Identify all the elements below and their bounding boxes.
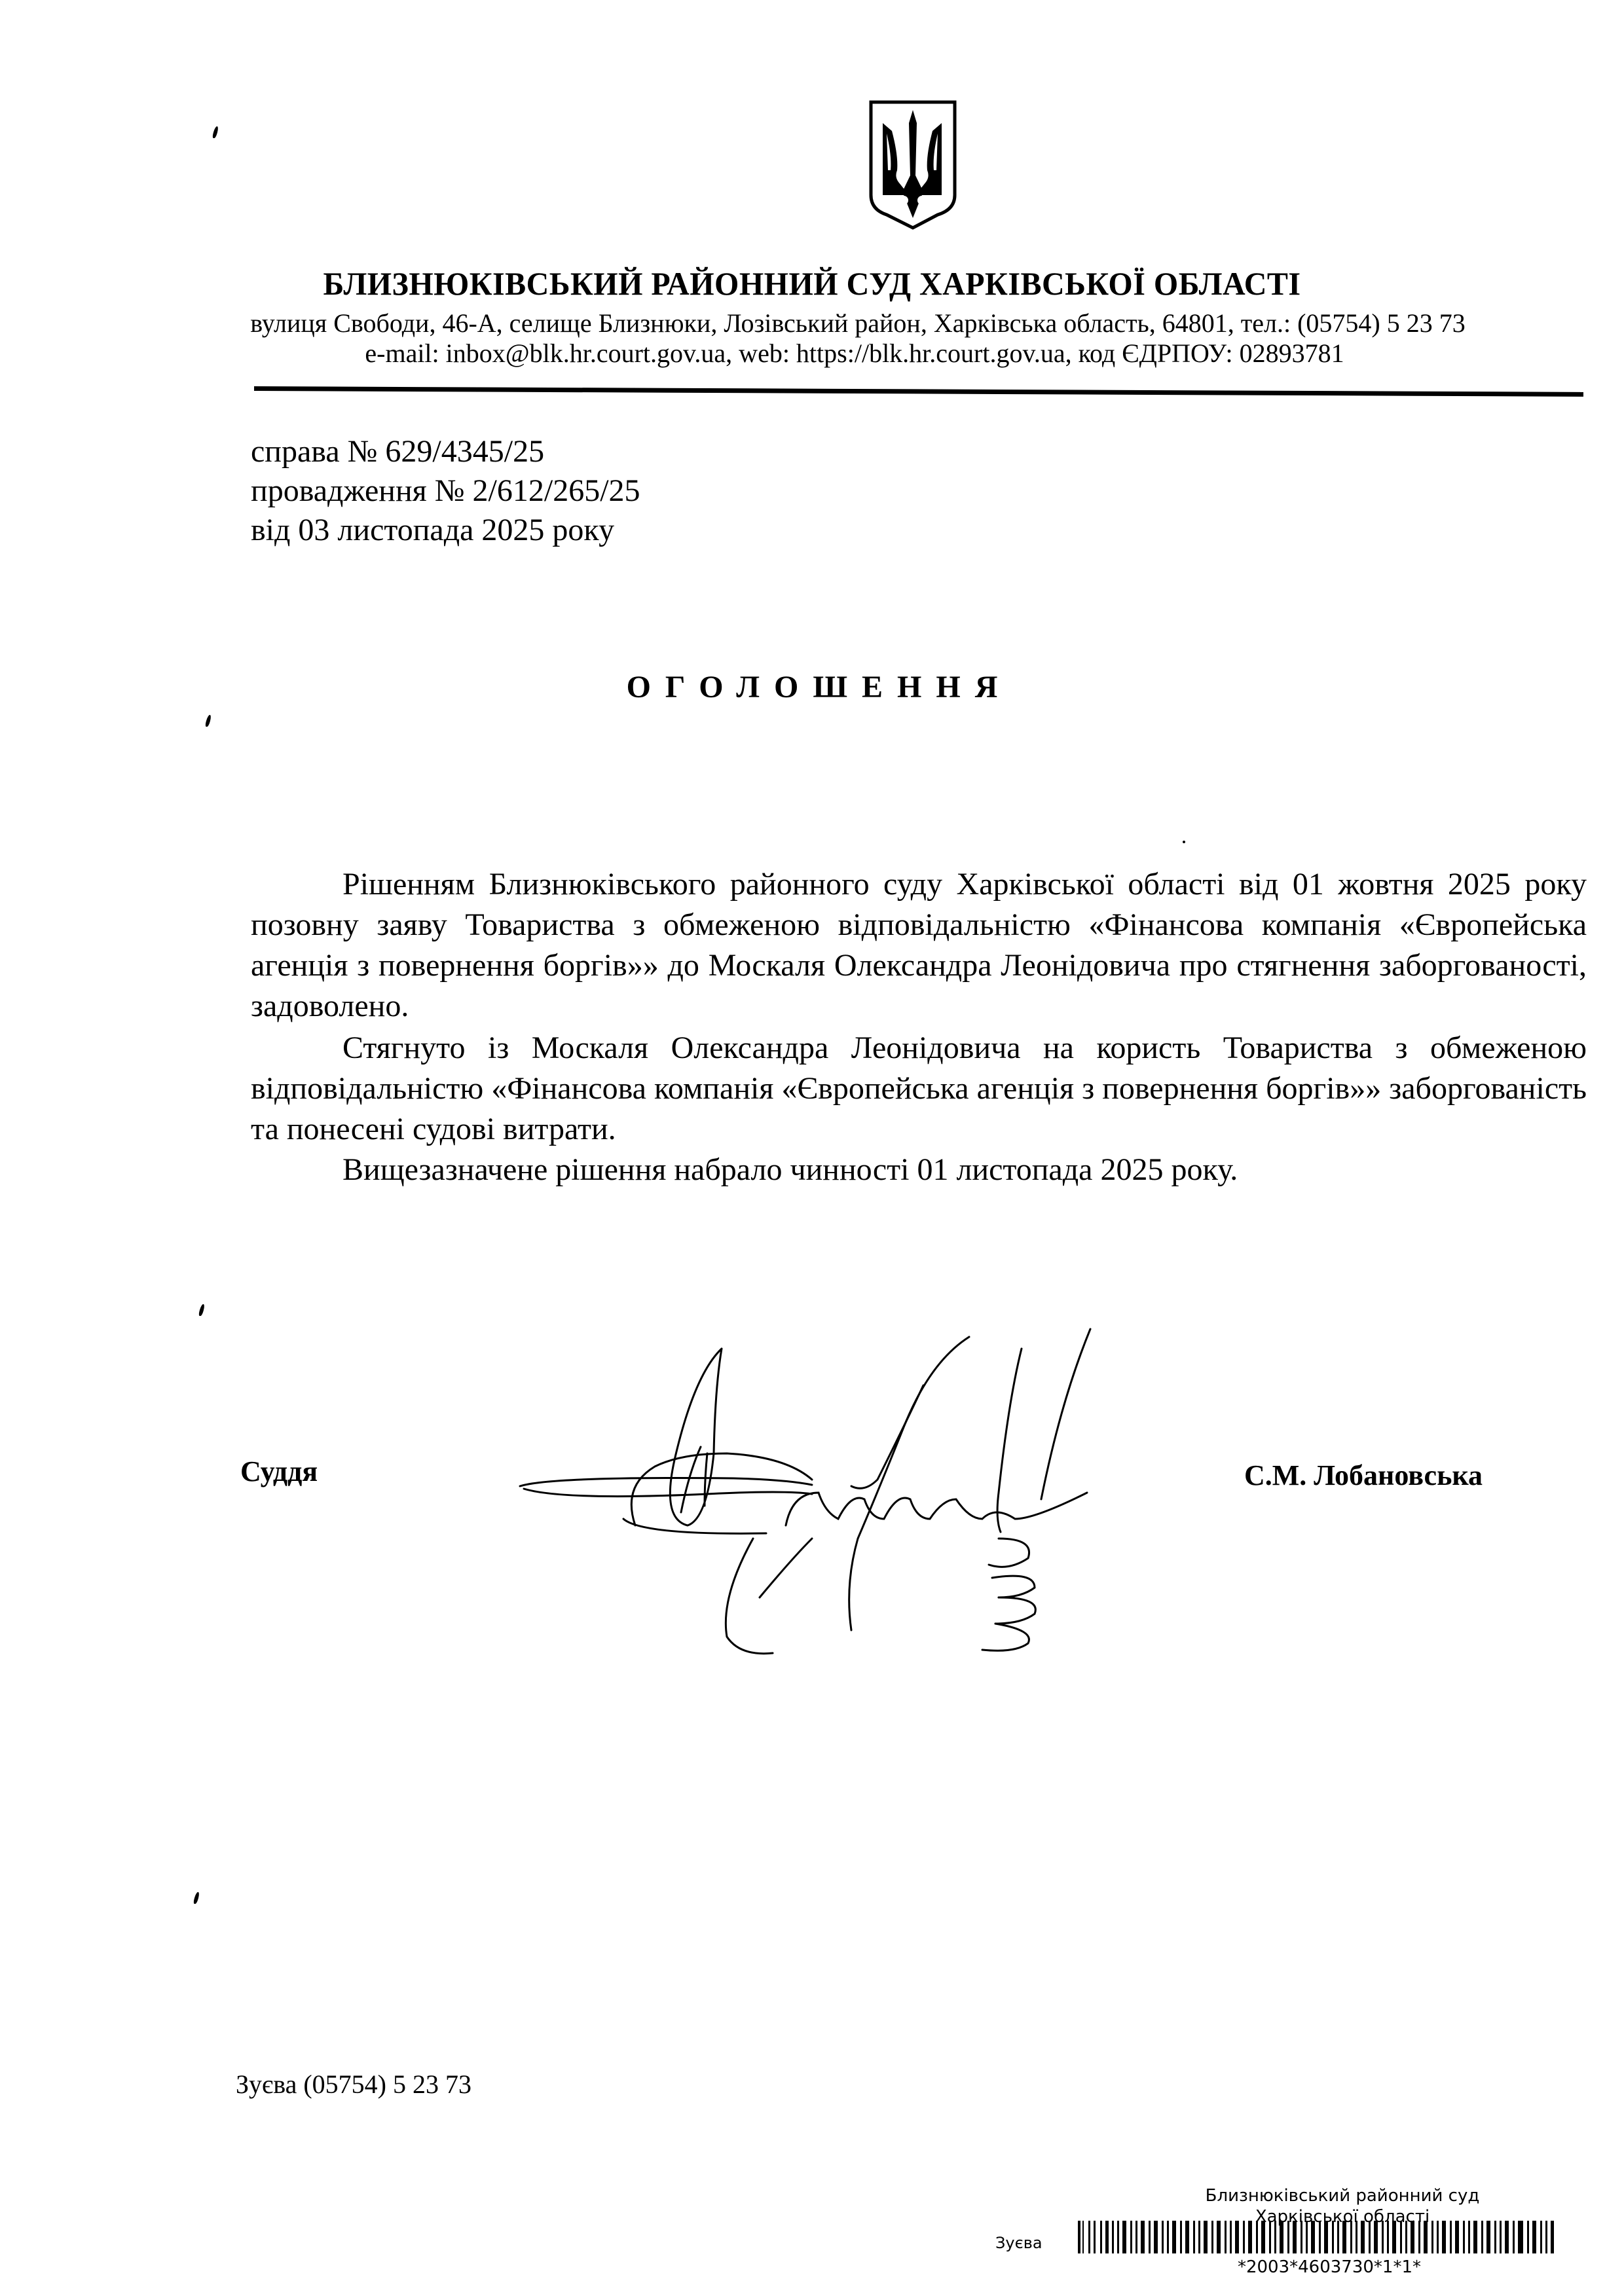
court-name: БЛИЗНЮКІВСЬКИЙ РАЙОННИЙ СУД ХАРКІВСЬКОЇ … xyxy=(33,264,1592,302)
coat-of-arms-icon xyxy=(866,97,959,232)
barcode-icon xyxy=(1078,2221,1556,2253)
executor-contact: Зуєва (05754) 5 23 73 xyxy=(236,2069,471,2100)
handwritten-signature-icon xyxy=(511,1322,1100,1663)
document-date: від 03 листопада 2025 року xyxy=(251,511,640,550)
court-address: вулиця Свободи, 46-А, селище Близнюки, Л… xyxy=(0,308,1624,338)
margin-mark xyxy=(198,1304,206,1316)
paragraph-text: Рішенням Близнюківського районного суду … xyxy=(251,864,1587,1027)
notice-title: ОГОЛОШЕННЯ xyxy=(0,669,1624,705)
body-paragraph-1: Рішенням Близнюківського районного суду … xyxy=(251,864,1587,1027)
case-number: справа № 629/4345/25 xyxy=(251,432,640,471)
paragraph-text: Стягнуто із Москаля Олександра Леонідови… xyxy=(251,1028,1587,1150)
scan-speck xyxy=(1183,841,1185,843)
proceeding-number: провадження № 2/612/265/25 xyxy=(251,471,640,511)
body-paragraph-2: Стягнуто із Москаля Олександра Леонідови… xyxy=(251,1028,1587,1150)
margin-mark xyxy=(212,126,219,138)
margin-mark xyxy=(205,715,212,727)
header-divider xyxy=(254,386,1583,397)
margin-mark xyxy=(193,1892,200,1904)
court-contacts: e-mail: inbox@blk.hr.court.gov.ua, web: … xyxy=(0,338,1624,369)
stamp-court-line-1: Близнюківський районний суд xyxy=(1179,2185,1506,2206)
judge-label: Суддя xyxy=(240,1455,318,1488)
body-paragraph-3: Вищезазначене рішення набрало чинності 0… xyxy=(251,1150,1587,1190)
case-meta: справа № 629/4345/25 провадження № 2/612… xyxy=(251,432,640,550)
barcode-number: *2003*4603730*1*1* xyxy=(1179,2257,1480,2277)
judge-name: С.М. Лобановська xyxy=(1244,1459,1483,1492)
stamp-executor: Зуєва xyxy=(995,2234,1043,2252)
paragraph-text: Вищезазначене рішення набрало чинності 0… xyxy=(251,1150,1587,1190)
